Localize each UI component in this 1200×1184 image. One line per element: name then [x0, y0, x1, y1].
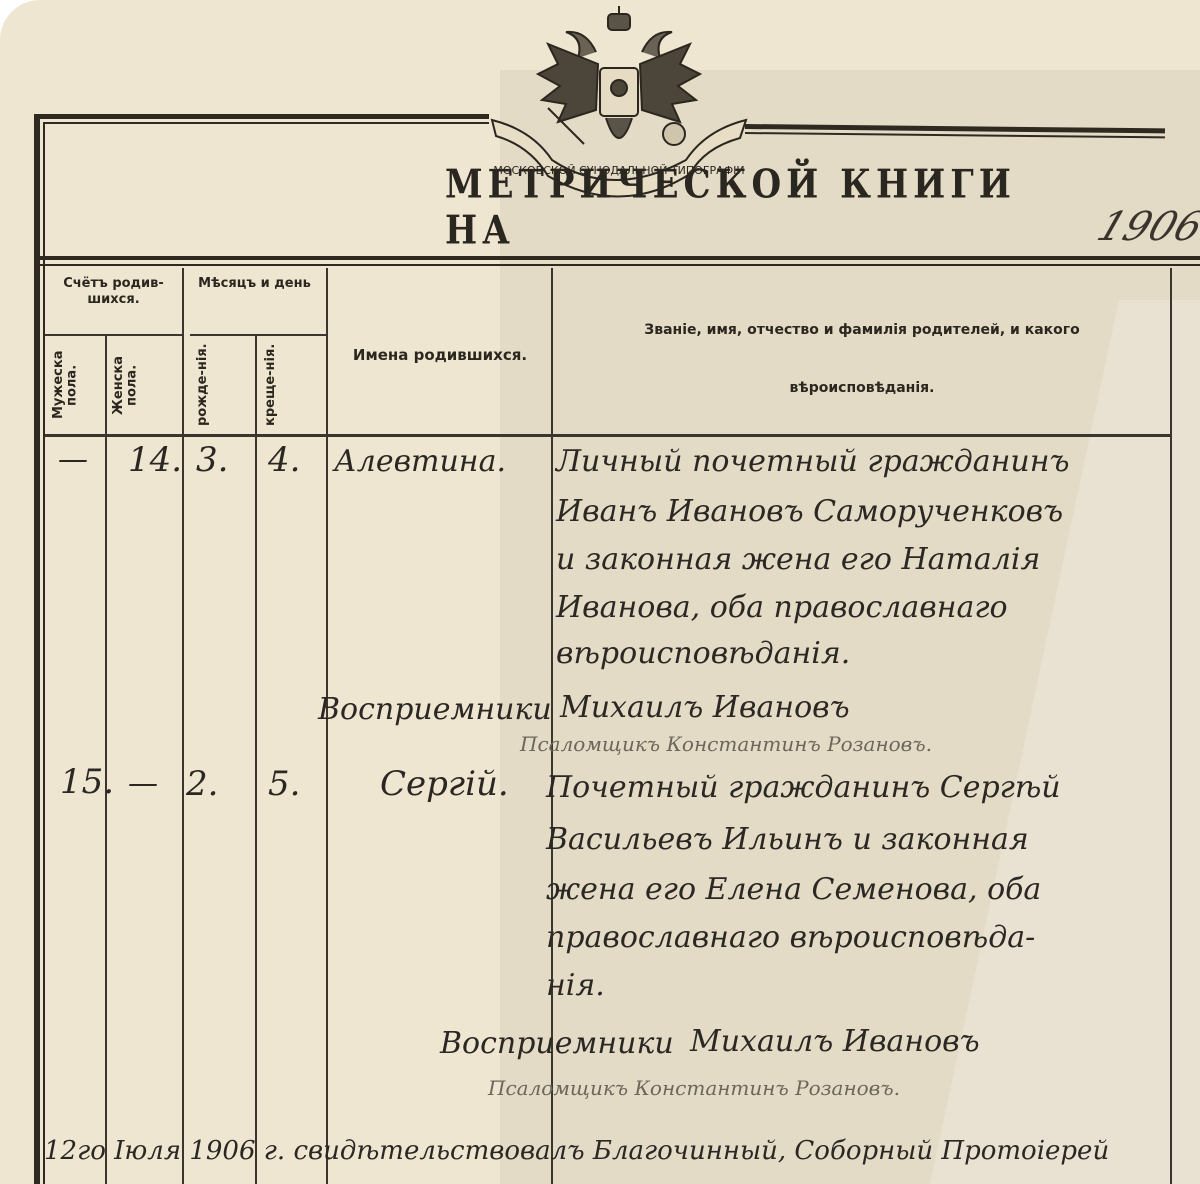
row1-godparents-label: Восприемники	[318, 692, 552, 727]
row1-godparent-2: Псаломщикъ Константинъ Розановъ.	[520, 732, 932, 756]
row2-male-no: 15.	[60, 762, 114, 802]
column-divider	[1170, 268, 1172, 1184]
header-names: Имена родившихся.	[330, 346, 550, 365]
row2-parents-line: Почетный гражданинъ Сергѣй	[546, 770, 1061, 805]
header-male: Мужеска пола.	[52, 340, 102, 430]
header-rule	[40, 264, 1200, 266]
row1-parents-line: Личный почетный гражданинъ	[556, 444, 1069, 479]
register-page: МОСКОВСКОЙ СУНОДАЛЬНОЙ ТИПОГРАФІИ МЕТРИЧ…	[0, 0, 1200, 1184]
subheader-divider	[190, 334, 326, 336]
row2-godparent-1: Михаилъ Ивановъ	[690, 1024, 980, 1059]
row1-parents-line: Иванъ Ивановъ Саморученковъ	[556, 494, 1063, 529]
header-female: Женска пола.	[112, 340, 176, 430]
title-printed: МЕТРИЧЕСКОЙ КНИГИ НА	[445, 162, 1084, 254]
page-title: МЕТРИЧЕСКОЙ КНИГИ НА 1906	[445, 208, 1200, 254]
row2-parents-line: нія.	[546, 968, 605, 1003]
row2-birth-day: 2.	[186, 764, 218, 804]
row2-godparent-2: Псаломщикъ Константинъ Розановъ.	[488, 1076, 900, 1100]
frame-border	[34, 114, 489, 119]
frame-border	[43, 122, 489, 124]
row1-godparent-1: Михаилъ Ивановъ	[560, 690, 850, 725]
row1-male-no: —	[58, 442, 88, 477]
row2-female-no: —	[128, 766, 158, 801]
header-birth: рожде-нія.	[196, 340, 246, 430]
row1-parents-line: вѣроисповѣданія.	[556, 636, 850, 671]
header-bottom-rule	[45, 434, 1171, 437]
row1-parents-line: Иванова, оба православнаго	[556, 590, 1008, 625]
row2-parents-line: Васильевъ Ильинъ и законная	[546, 822, 1029, 857]
column-divider	[255, 334, 257, 1184]
title-year-handwritten: 1906	[1091, 204, 1200, 250]
row2-parents-line: православнаго вѣроисповѣда-	[546, 920, 1035, 955]
frame-border	[34, 114, 40, 1184]
row1-female-no: 14.	[128, 440, 182, 480]
header-parents-line2: вѣроисповѣданія.	[556, 380, 1168, 398]
row2-child-name: Сергій.	[380, 764, 509, 804]
header-month-day-group: Мѣсяцъ и день	[183, 276, 326, 292]
row2-baptism-day: 5.	[268, 764, 300, 804]
subheader-divider	[45, 334, 183, 336]
column-divider	[182, 268, 184, 1184]
footer-certification-note: 12го Іюля 1906 г. свидѣтельствовалъ Благ…	[44, 1136, 1109, 1166]
row2-godparents-label: Восприемники	[440, 1026, 674, 1061]
row1-baptism-day: 4.	[268, 440, 300, 480]
header-rule	[40, 256, 1200, 260]
row2-parents-line: жена его Елена Семенова, оба	[546, 872, 1041, 907]
row1-child-name: Алевтина.	[334, 444, 506, 479]
header-baptism: креще-нія.	[264, 340, 318, 430]
column-divider	[105, 334, 107, 1184]
header-count-group: Счётъ родив-шихся.	[45, 276, 182, 309]
row1-parents-line: и законная жена его Наталія	[556, 542, 1040, 577]
row1-birth-day: 3.	[196, 440, 228, 480]
header-parents: Званіе, имя, отчество и фамилія родителе…	[556, 322, 1168, 340]
